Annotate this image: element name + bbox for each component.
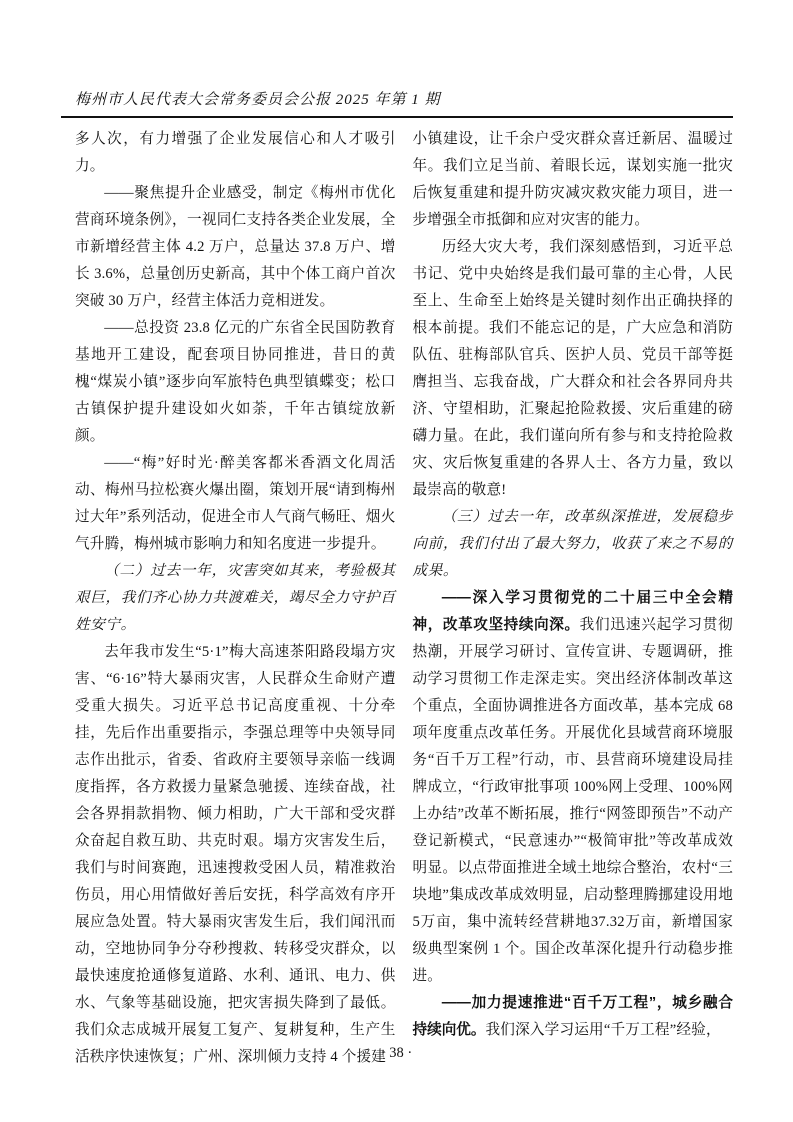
paragraph-dash-item: ——加力提速推进“百千万工程”，城乡融合持续向优。我们深入学习运用“千万工程”经… xyxy=(413,990,734,1044)
paragraph-text: 我们深入学习运用“千万工程”经验， xyxy=(485,1022,720,1038)
paragraph-section-2-heading: （二）过去一年，灾害突如其来，考验极其艰巨，我们齐心协力共渡难关，竭尽全力守护百… xyxy=(75,558,396,639)
page-header: 梅州市人民代表大会常务委员会公报 2025 年第 1 期 xyxy=(61,88,733,118)
paragraph-text: ——聚焦提升企业感受，制定《梅州市优化营商环境条例》，一视同仁支持各类企业发展，… xyxy=(75,185,396,309)
paragraph-continuation: 多人次，有力增强了企业发展信心和人才吸引力。 xyxy=(75,126,396,180)
paragraph-dash-item: ——“梅”好时光·醉美客都米香酒文化周活动、梅州马拉松赛火爆出圈，策划开展“请到… xyxy=(75,450,396,558)
paragraph-dash-item: ——深入学习贯彻党的二十届三中全会精神，改革攻坚持续向深。我们迅速兴起学习贯彻热… xyxy=(413,585,734,990)
paragraph-text: 去年我市发生“5·1”梅大高速茶阳路段塌方灾害、“6·16”特大暴雨灾害，人民群… xyxy=(75,644,396,1065)
paragraph-text: （三）过去一年，改革纵深推进，发展稳步向前，我们付出了最大努力，收获了来之不易的… xyxy=(413,509,734,579)
paragraph-dash-item: ——总投资 23.8 亿元的广东省全民国防教育基地开工建设，配套项目协同推进，昔… xyxy=(75,315,396,450)
paragraph-text: 历经大灾大考，我们深刻感悟到，习近平总书记、党中央始终是我们最可靠的主心骨，人民… xyxy=(413,239,734,498)
paragraph-body: 去年我市发生“5·1”梅大高速茶阳路段塌方灾害、“6·16”特大暴雨灾害，人民群… xyxy=(75,639,396,1071)
paragraph-dash-item: ——聚焦提升企业感受，制定《梅州市优化营商环境条例》，一视同仁支持各类企业发展，… xyxy=(75,180,396,315)
paragraph-section-3-heading: （三）过去一年，改革纵深推进，发展稳步向前，我们付出了最大努力，收获了来之不易的… xyxy=(413,504,734,585)
column-left: 多人次，有力增强了企业发展信心和人才吸引力。 ——聚焦提升企业感受，制定《梅州市… xyxy=(75,126,396,1071)
paragraph-text: ——总投资 23.8 亿元的广东省全民国防教育基地开工建设，配套项目协同推进，昔… xyxy=(75,320,396,444)
paragraph-text: （二）过去一年，灾害突如其来，考验极其艰巨，我们齐心协力共渡难关，竭尽全力守护百… xyxy=(75,563,396,633)
paragraph-text: ——“梅”好时光·醉美客都米香酒文化周活动、梅州马拉松赛火爆出圈，策划开展“请到… xyxy=(75,455,396,552)
document-page: 梅州市人民代表大会常务委员会公报 2025 年第 1 期 多人次，有力增强了企业… xyxy=(0,0,793,1122)
page-number: · 38 · xyxy=(0,1040,793,1067)
header-title: 梅州市人民代表大会常务委员会公报 2025 年第 1 期 xyxy=(61,88,733,109)
paragraph-text: 多人次，有力增强了企业发展信心和人才吸引力。 xyxy=(75,131,396,174)
paragraph-continuation: 小镇建设，让千余户受灾群众喜迁新居、温暖过年。我们立足当前、着眼长远，谋划实施一… xyxy=(413,126,734,234)
content-columns: 多人次，有力增强了企业发展信心和人才吸引力。 ——聚焦提升企业感受，制定《梅州市… xyxy=(75,126,733,1071)
paragraph-text: 小镇建设，让千余户受灾群众喜迁新居、温暖过年。我们立足当前、着眼长远，谋划实施一… xyxy=(413,131,734,228)
column-right: 小镇建设，让千余户受灾群众喜迁新居、温暖过年。我们立足当前、着眼长远，谋划实施一… xyxy=(413,126,734,1071)
paragraph-body: 历经大灾大考，我们深刻感悟到，习近平总书记、党中央始终是我们最可靠的主心骨，人民… xyxy=(413,234,734,504)
paragraph-text: 我们迅速兴起学习贯彻热潮，开展学习研讨、宣传宣讲、专题调研，推动学习贯彻工作走深… xyxy=(413,617,734,984)
